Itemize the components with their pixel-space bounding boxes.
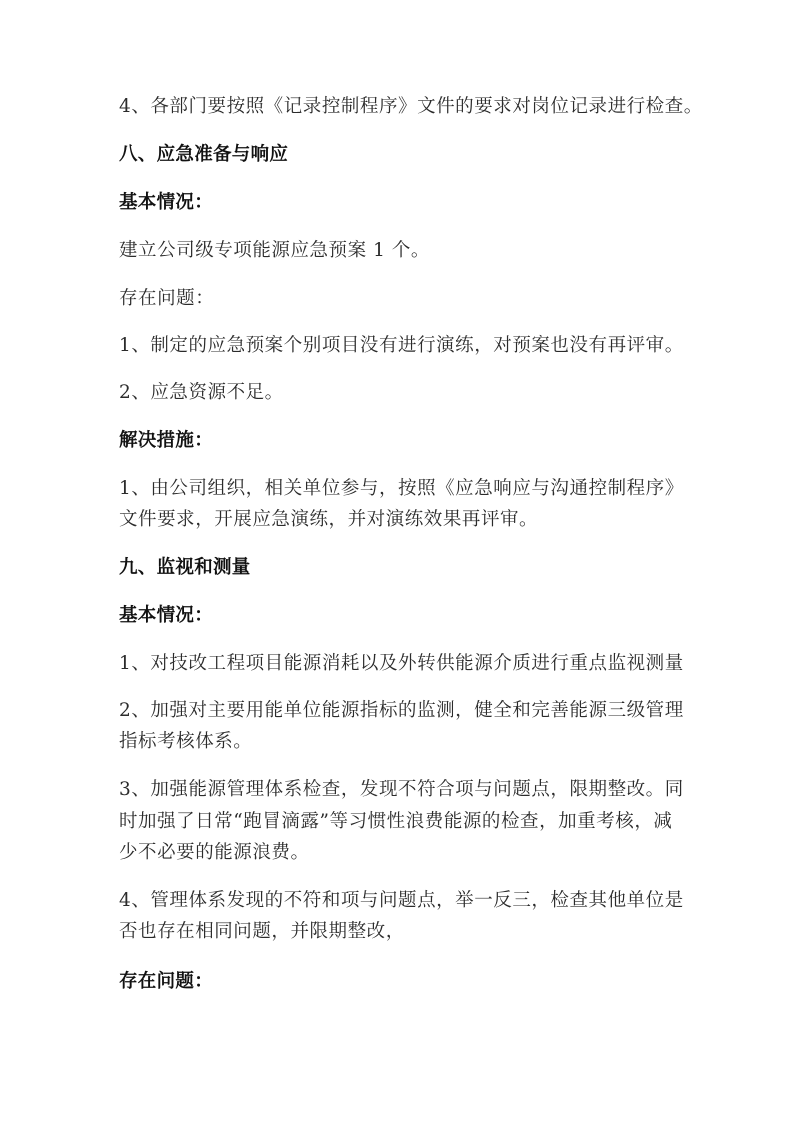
paragraph-problem-2: 2、应急资源不足。 [119, 381, 694, 405]
paragraph-monitoring-4: 4、管理体系发现的不符和项与问题点，举一反三，检查其他单位是 [119, 889, 694, 913]
paragraph-monitoring-3: 3、加强能源管理体系检查，发现不符合项与问题点，限期整改。同 [119, 778, 694, 802]
paragraph-problem-1: 1、制定的应急预案个别项目没有进行演练，对预案也没有再评审。 [119, 334, 694, 358]
subheading-basic-situation: 基本情况： [119, 191, 694, 215]
paragraph-monitoring-3-cont: 时加强了日常“跑冒滴露”等习惯性浪费能源的检查，加重考核，减 [119, 810, 694, 834]
section-heading-monitoring: 九、监视和测量 [119, 556, 694, 580]
subheading-existing-problems: 存在问题： [119, 287, 694, 311]
document-page: 4、各部门要按照《记录控制程序》文件的要求对岗位记录进行检查。 八、应急准备与响… [0, 0, 800, 1130]
subheading-basic-situation-2: 基本情况： [119, 604, 694, 628]
paragraph-emergency-plan: 建立公司级专项能源应急预案 1 个。 [119, 239, 694, 263]
paragraph-monitoring-4-cont: 否也存在相同问题，并限期整改， [119, 920, 694, 944]
paragraph-solution-1: 1、由公司组织，相关单位参与，按照《应急响应与沟通控制程序》 [119, 477, 694, 501]
paragraph-solution-1-cont: 文件要求，开展应急演练，并对演练效果再评审。 [119, 508, 694, 532]
paragraph-monitoring-2: 2、加强对主要用能单位能源指标的监测，健全和完善能源三级管理 [119, 699, 694, 723]
paragraph-item-4-record-check: 4、各部门要按照《记录控制程序》文件的要求对岗位记录进行检查。 [119, 95, 694, 119]
paragraph-monitoring-2-cont: 指标考核体系。 [119, 730, 694, 754]
paragraph-monitoring-1: 1、对技改工程项目能源消耗以及外转供能源介质进行重点监视测量 [119, 652, 694, 676]
subheading-solutions: 解决措施： [119, 429, 694, 453]
subheading-existing-problems-2: 存在问题： [119, 970, 694, 994]
paragraph-monitoring-3-cont2: 少不必要的能源浪费。 [119, 841, 694, 865]
section-heading-emergency: 八、应急准备与响应 [119, 143, 694, 167]
